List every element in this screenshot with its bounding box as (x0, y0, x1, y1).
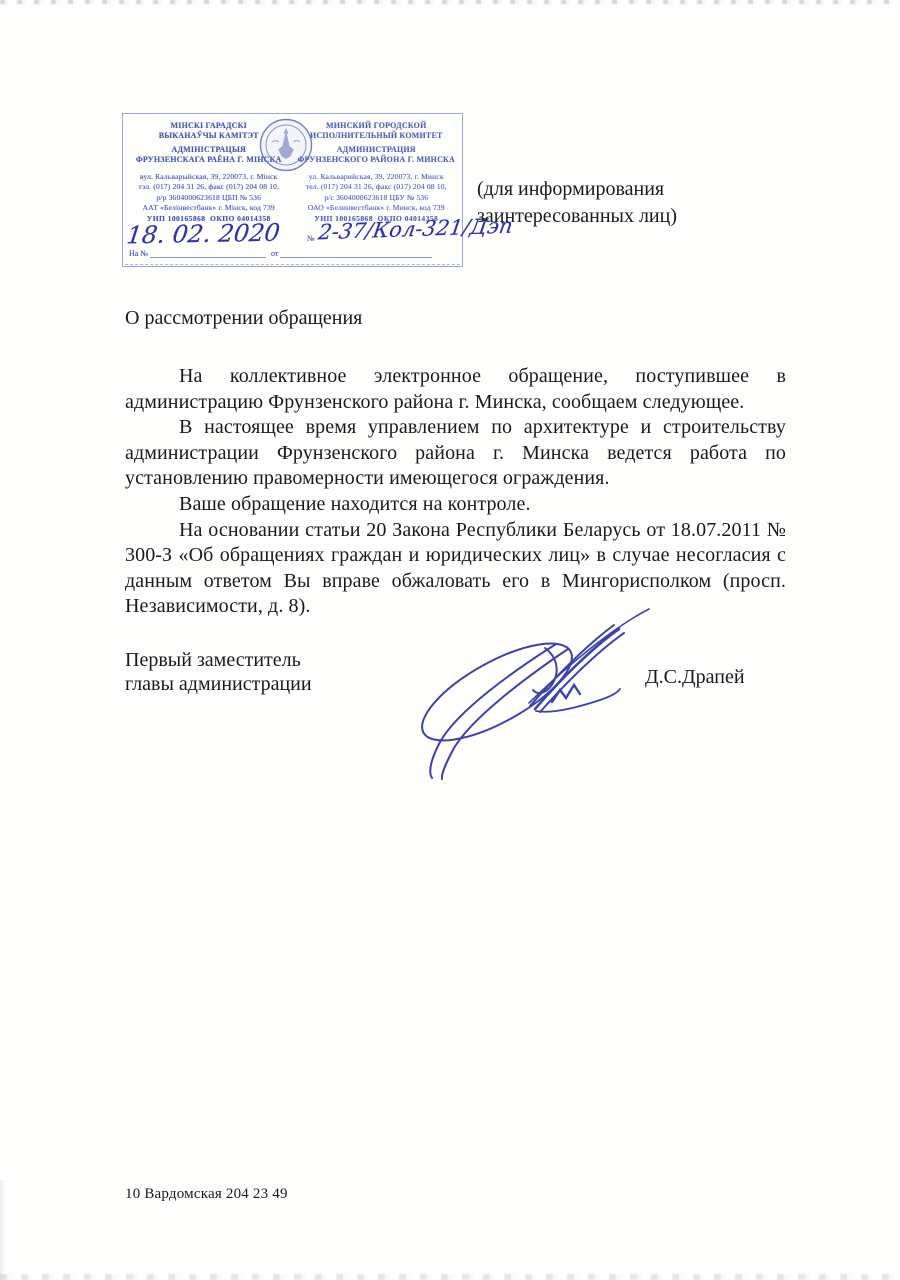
recipient-note-line: (для информирования (477, 176, 677, 203)
handwritten-date: 18. 02. 2020 (125, 219, 281, 250)
body-paragraph: На коллективное электронное обращение, п… (125, 364, 786, 415)
letterhead-column-russian: МИНСКИЙ ГОРОДСКОЙ ИСПОЛНИТЕЛЬНЫЙ КОМИТЕТ… (293, 121, 461, 224)
letterhead-org-line: АДМИНИСТРАЦИЯ (293, 145, 461, 155)
letterhead-address-line: ул. Кальварийская, 39, 220073, г. Минск (293, 172, 461, 182)
letterhead-address-line: тел. (017) 204 31 26, факс (017) 204 08 … (293, 182, 461, 192)
letterhead-address-line: вул. Кальварыйская, 39, 220073, г. Мінск (125, 172, 293, 182)
scan-edge-artifact-bottom (0, 1274, 900, 1280)
letterhead-address-line: ОАО «Белинвестбанк» г. Минск, код 739 (293, 203, 461, 213)
incoming-reference-row: На №от (129, 249, 432, 258)
scan-edge-artifact-left (0, 1180, 5, 1280)
letterhead-address-line: р/с 3604000623618 ЦБУ № 536 (293, 193, 461, 203)
letter-body: На коллективное электронное обращение, п… (125, 364, 786, 620)
signer-title: Первый заместитель главы администрации (125, 648, 312, 696)
scan-edge-artifact-top (0, 0, 900, 4)
scanned-letter-page: МІНСКІ ГАРАДСКІ ВЫКАНАЎЧЫ КАМІТЭТ АДМІНІ… (0, 0, 900, 1280)
signer-title-line: Первый заместитель (125, 648, 312, 672)
recipient-note-line: заинтересованных лиц) (477, 203, 677, 230)
letterhead-org-line: ИСПОЛНИТЕЛЬНЫЙ КОМИТЕТ (293, 131, 461, 141)
letterhead-address-line: тэл. (017) 204 31 26, факс (017) 204 08 … (125, 182, 293, 192)
blank-rule-line (280, 250, 432, 258)
subject-line: О рассмотрении обращения (125, 307, 362, 330)
letterhead-address-line: р/р 3604000623618 ЦБП № 536 (125, 193, 293, 203)
number-label: № (307, 234, 315, 243)
letterhead-org-line: МИНСКИЙ ГОРОДСКОЙ (293, 121, 461, 131)
signer-title-line: главы администрации (125, 672, 312, 696)
body-paragraph: В настоящее время управлением по архитек… (125, 415, 786, 492)
letterhead-org-line: ФРУНЗЕНСКОГО РАЙОНА Г. МИНСКА (293, 155, 461, 165)
letterhead-address-line: ААТ «Белінвестбанк» г. Мінск, код 739 (125, 203, 293, 213)
minsk-coat-of-arms-icon (259, 118, 313, 172)
blank-rule-line (150, 250, 266, 258)
na-no-label: На № (129, 249, 148, 258)
recipient-note: (для информирования заинтересованных лиц… (477, 176, 677, 230)
signer-name: Д.С.Драпей (645, 666, 745, 689)
handwritten-signature-icon (395, 598, 675, 793)
letterhead-stamp: МІНСКІ ГАРАДСКІ ВЫКАНАЎЧЫ КАМІТЭТ АДМІНІ… (122, 113, 463, 267)
ot-label: от (271, 249, 278, 258)
executor-footer-note: 10 Вардомская 204 23 49 (125, 1186, 288, 1203)
stamp-dashed-line (125, 264, 460, 265)
body-paragraph: Ваше обращение находится на контроле. (125, 492, 786, 518)
